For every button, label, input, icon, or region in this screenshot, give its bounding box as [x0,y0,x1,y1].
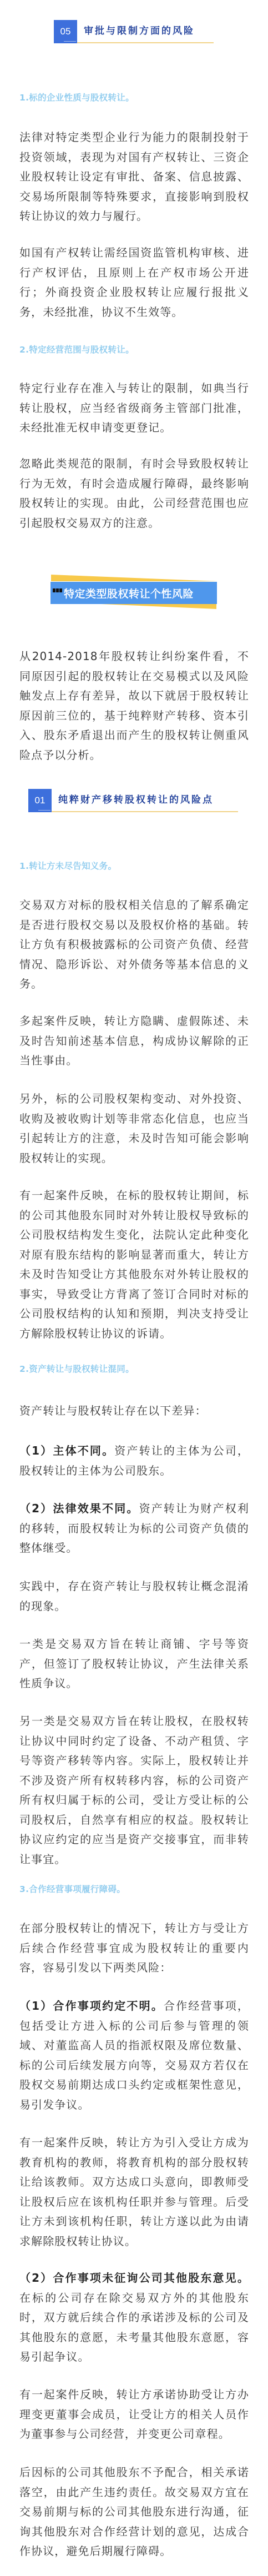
paragraph: 另外，标的公司股权架构变动、对外投资、收购及被收购计划等非常态化信息，也应当引起… [19,1089,249,1168]
paragraph: （2）合作事项未征询公司其他股东意见。在标的公司存在除交易双方外的其他股东时，双… [19,2268,249,2367]
paragraph: 特定行业存在准入与转让的限制，如典当行转让股权，应当经省级商务主管部门批准，未经… [19,379,249,438]
paragraph: 交易双方对标的股权相关信息的了解系确定是否进行股权交易以及股权价格的基础。转让方… [19,895,249,994]
section-number-badge: 05 [54,20,77,43]
bold-lead: （1）合作事项约定不明。 [19,1999,164,2012]
paragraph: 如国有产权转让需经国资监管机构审核、进行产权评估，且原则上在产权市场公开进行；外… [19,243,249,322]
paragraph: 实践中，存在资产转让与股权转让概念混淆的现象。 [19,1577,249,1616]
section-title: 审批与限制方面的风险 [84,24,195,38]
subheading: 2.资产转让与股权转让混同。 [19,1364,249,1375]
paragraph: 从2014-2018年股权转让纠纷案件看，不同原因引起的股权转让在交易模式以及风… [19,647,249,765]
subheading: 3.合作经营事项履行障碍。 [19,1884,249,1895]
paragraph: 另一类是交易双方旨在转让股权，在股权转让协议中同时约定了设备、不动产租赁、字号等… [19,1712,249,1869]
paragraph: 一类是交易双方旨在转让商铺、字号等资产，但签订了股权转让协议，产生法律关系性质争… [19,1634,249,1694]
paragraph: （1）主体不同。资产转让的主体为公司，股权转让的主体为公司股东。 [19,1441,249,1481]
section-title: 纯粹财产移转股权转让的风险点 [58,793,214,807]
paragraph: 忽略此类规范的限制，有时会导致股权转让行为无效，有时会造成履行障碍，最终影响股权… [19,454,249,533]
section-header-01: 01 纯粹财产移转股权转让的风险点 [28,789,238,812]
paragraph: 法律对特定类型企业行为能力的限制投射于投资领域，表现为对国有产权转让、三资企业股… [19,128,249,227]
paragraph: 多起案件反映，转让方隐瞒、虚假陈述、未及时告知前述基本信息，构成协议解除的正当性… [19,1012,249,1071]
banner-accent-top [51,575,218,581]
banner-title: 特定类型股权转让个性风险 [64,586,194,601]
paragraph: 在部分股权转让的情况下，转让方与受让方后续合作经营事宜成为股权转让的重要内容，容… [19,1919,249,1978]
paragraph-rest: 合作经营事项，包括受让方进入标的公司后参与管理的领域、对董监高人员的指派权限及席… [19,1999,249,2111]
section-number-badge: 01 [28,789,52,812]
bold-lead: （2）合作事项未征询公司其他股东意见。 [19,2271,249,2285]
banner-header: 特定类型股权转让个性风险 [50,575,218,613]
bold-lead: （2）法律效果不同。 [19,1502,139,1515]
subheading: 1.标的企业性质与股权转让。 [19,92,249,103]
paragraph: （1）合作事项约定不明。合作经营事项，包括受让方进入标的公司后参与管理的领域、对… [19,1996,249,2115]
title-underline [77,42,214,43]
banner-accent-bottom [101,604,216,609]
bold-lead: （1）主体不同。 [19,1444,114,1457]
paragraph: 资产转让与股权转让存在以下差异： [19,1401,249,1421]
subheading: 1.转让方未尽告知义务。 [19,861,249,872]
paragraph: 有一起案件反映，转让方为引入受让方成为教育机构的教师，将教育机构的部分股权转让给… [19,2133,249,2251]
subheading: 2.特定经营范围与股权转让。 [19,344,249,355]
paragraph: 后因标的公司其他股东不予配合，相关承诺落空，由此产生违约责任。故交易双方宜在交易… [19,2463,249,2562]
paragraph: （2）法律效果不同。资产转让为财产权利的移转，而股权转让为标的公司资产负债的整体… [19,1499,249,1558]
title-underline [52,811,238,812]
paragraph: 有一起案件反映，在标的股权转让期间，标的公司其他股东同时对外转让股权导致标的公司… [19,1186,249,1344]
paragraph: 有一起案件反映，转让方承诺协助受让方办理变更董事会成员，让受让方的相关人员作为董… [19,2385,249,2444]
section-header-05: 05 审批与限制方面的风险 [54,20,214,43]
quote-icon [53,584,63,588]
paragraph-rest: 在标的公司存在除交易双方外的其他股东时，双方就后续合作的承诺涉及标的公司及其他股… [19,2291,249,2364]
